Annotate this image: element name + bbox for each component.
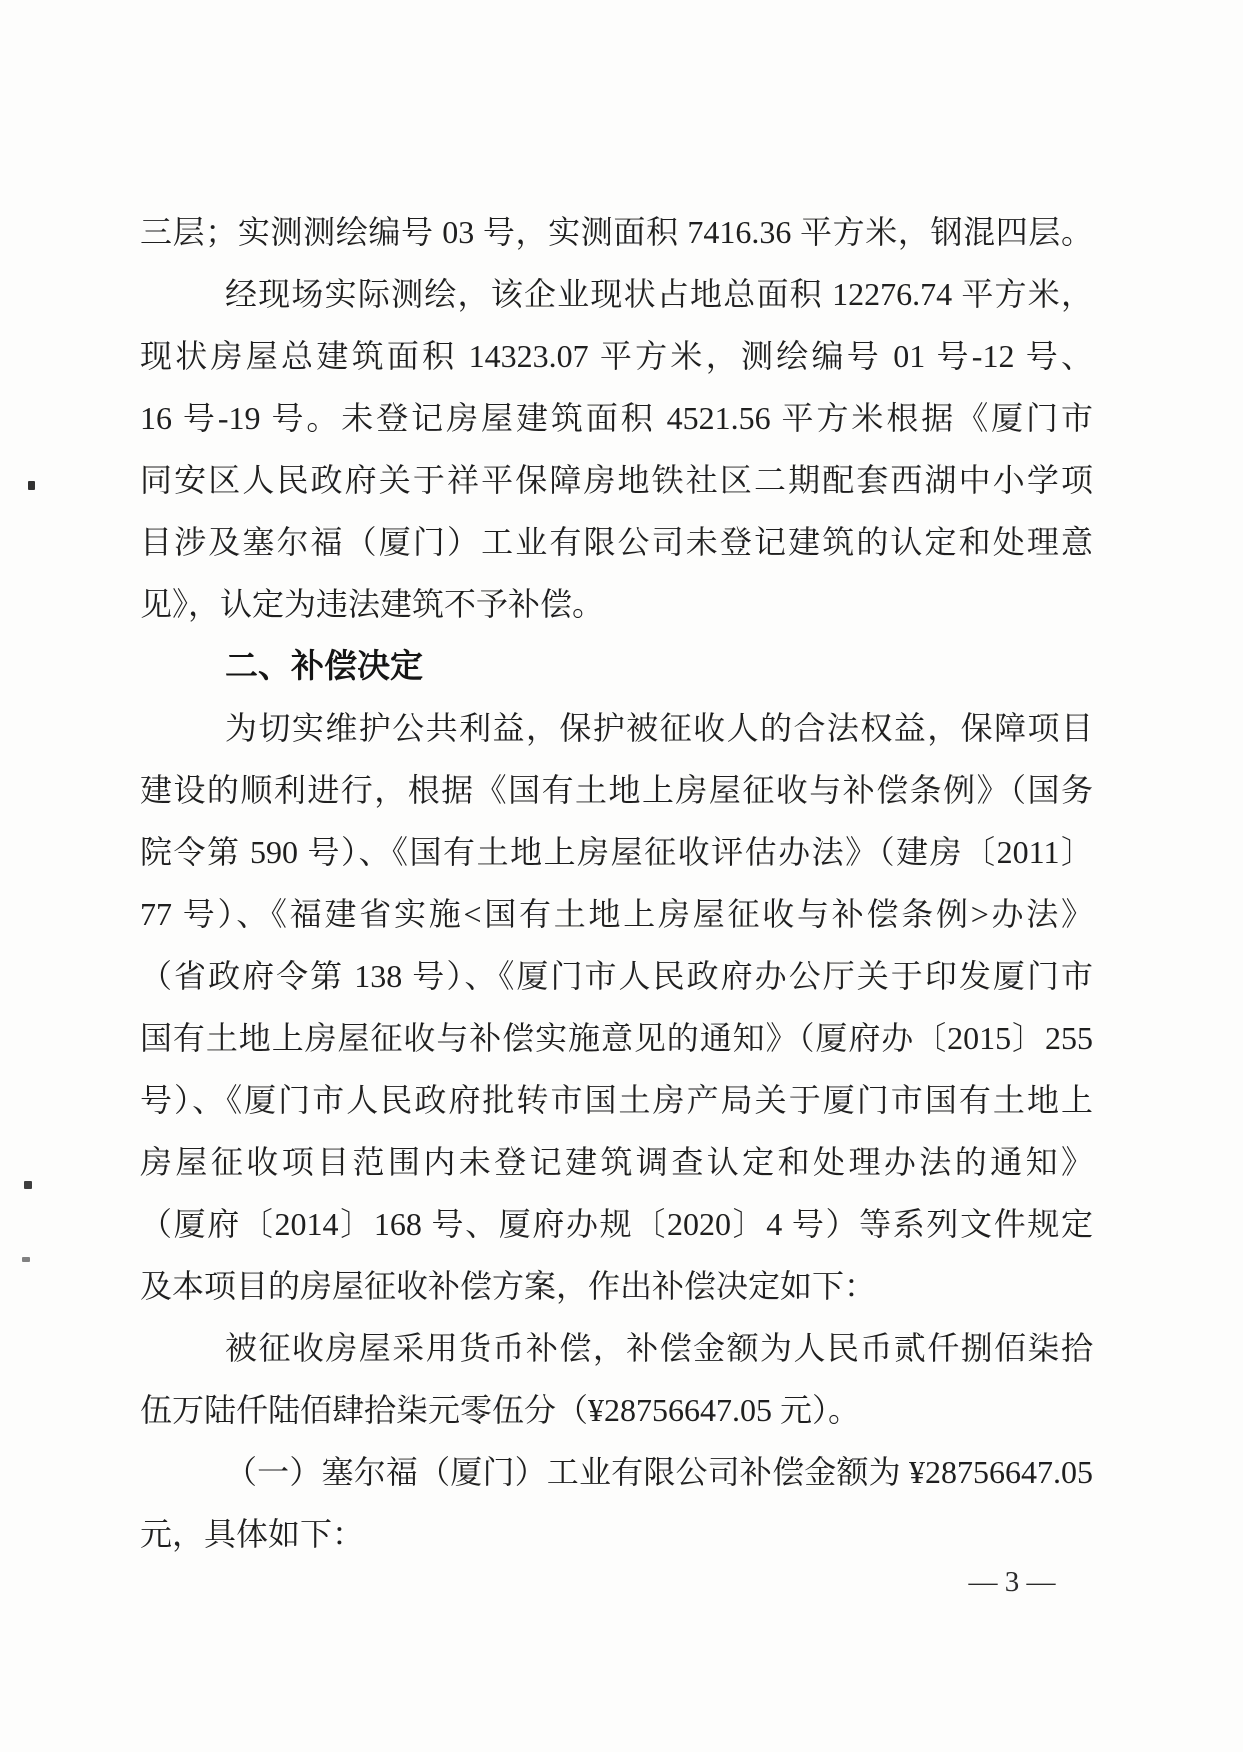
scan-speck — [22, 1257, 30, 1262]
doc-line: 目涉及塞尔福（厦门）工业有限公司未登记建筑的认定和处理意 — [140, 511, 1093, 573]
scan-speck — [24, 1181, 32, 1189]
doc-line: 16 号-19 号。未登记房屋建筑面积 4521.56 平方米根据《厦门市 — [140, 387, 1093, 449]
doc-line: （厦府〔2014〕168 号、厦府办规〔2020〕4 号）等系列文件规定 — [140, 1193, 1093, 1255]
document-page: 三层；实测测绘编号 03 号，实测面积 7416.36 平方米，钢混四层。 经现… — [0, 0, 1243, 1752]
doc-line: 现状房屋总建筑面积 14323.07 平方米，测绘编号 01 号-12 号、 — [140, 325, 1093, 387]
section-heading: 二、补偿决定 — [140, 635, 1093, 697]
doc-line: 为切实维护公共利益，保护被征收人的合法权益，保障项目 — [140, 697, 1093, 759]
doc-line: 同安区人民政府关于祥平保障房地铁社区二期配套西湖中小学项 — [140, 449, 1093, 511]
doc-line: 号）、《厦门市人民政府批转市国土房产局关于厦门市国有土地上 — [140, 1069, 1093, 1131]
doc-line: 国有土地上房屋征收与补偿实施意见的通知》（厦府办〔2015〕255 — [140, 1007, 1093, 1069]
doc-line: 房屋征收项目范围内未登记建筑调查认定和处理办法的通知》 — [140, 1131, 1093, 1193]
scan-speck — [28, 481, 35, 490]
doc-line: 院令第 590 号）、《国有土地上房屋征收评估办法》（建房〔2011〕 — [140, 821, 1093, 883]
doc-line: 元，具体如下： — [140, 1503, 1093, 1565]
text-block: 三层；实测测绘编号 03 号，实测面积 7416.36 平方米，钢混四层。 经现… — [140, 201, 1093, 1565]
doc-line: 被征收房屋采用货币补偿，补偿金额为人民币贰仟捌佰柒拾 — [140, 1317, 1093, 1379]
doc-line: 经现场实际测绘，该企业现状占地总面积 12276.74 平方米， — [140, 263, 1093, 325]
doc-line: 伍万陆仟陆佰肆拾柒元零伍分（¥28756647.05 元）。 — [140, 1379, 1093, 1441]
doc-line: 三层；实测测绘编号 03 号，实测面积 7416.36 平方米，钢混四层。 — [140, 201, 1093, 263]
doc-line: 及本项目的房屋征收补偿方案，作出补偿决定如下： — [140, 1255, 1093, 1317]
doc-line: 建设的顺利进行，根据《国有土地上房屋征收与补偿条例》（国务 — [140, 759, 1093, 821]
doc-line: 77 号）、《福建省实施<国有土地上房屋征收与补偿条例>办法》 — [140, 883, 1093, 945]
page-number: — 3 — — [952, 1562, 1072, 1602]
doc-line: （省政府令第 138 号）、《厦门市人民政府办公厅关于印发厦门市 — [140, 945, 1093, 1007]
doc-line: （一）塞尔福（厦门）工业有限公司补偿金额为 ¥28756647.05 — [140, 1441, 1093, 1503]
doc-line: 见》，认定为违法建筑不予补偿。 — [140, 573, 1093, 635]
